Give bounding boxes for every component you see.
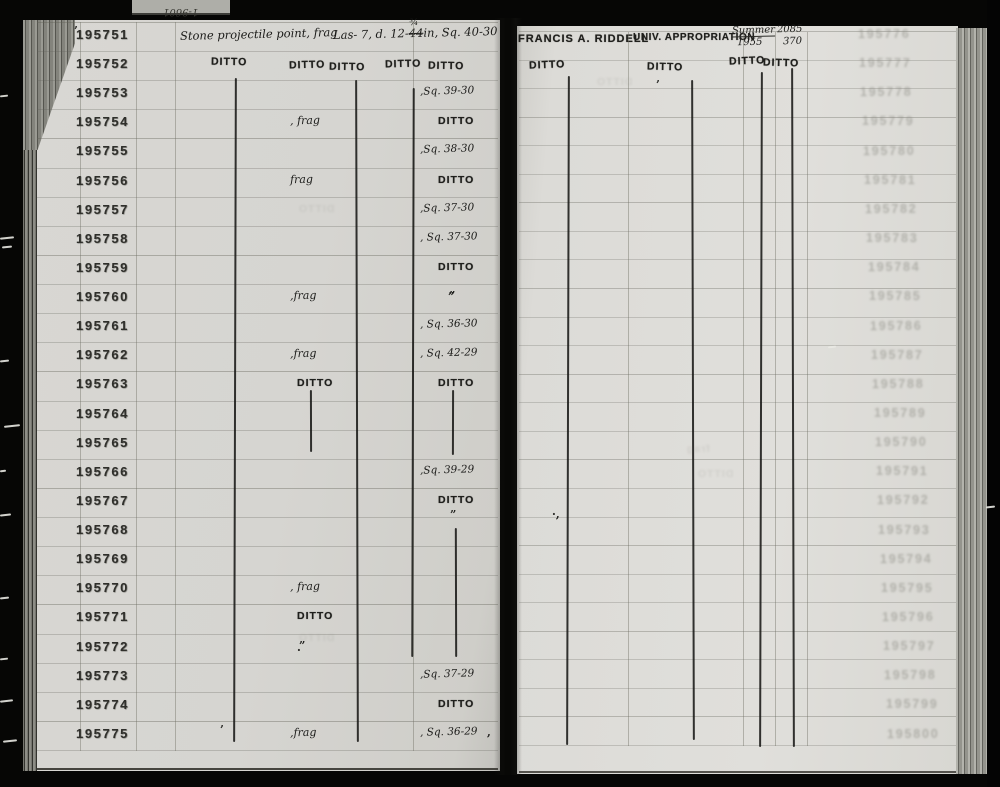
ditto-stamp: DITTO (438, 115, 474, 127)
ledger-left-page (35, 20, 500, 771)
square-entry: ,Sq. 37-29 (420, 667, 474, 680)
accession-entry-line2: 370 (783, 36, 802, 47)
bleedthrough-number: 195800 (887, 726, 940, 740)
ruled-line-right (519, 688, 956, 689)
ditto-stamp: DITTO (297, 610, 333, 622)
ruled-line-right (519, 345, 956, 346)
bleedthrough-number: 195780 (863, 143, 916, 157)
bleedthrough-number: 195779 (862, 114, 915, 128)
page-edge-highlight (3, 739, 17, 742)
ruled-line-left (37, 721, 498, 722)
ghost-stamp: DITTO (298, 203, 334, 215)
bleedthrough-number: 195786 (870, 318, 923, 332)
ditto-stamp: DITTO (297, 377, 333, 389)
pen-mark: ·, (552, 508, 560, 521)
ditto-stamp: DITTO (438, 174, 474, 186)
ruled-line-left (37, 168, 498, 169)
page-edge-highlight (0, 236, 14, 239)
ditto-stamp: DITTO (529, 58, 566, 71)
ditto-stamp: DITTO (329, 61, 366, 74)
ruled-line-right (519, 659, 956, 660)
ruled-line-left (37, 313, 498, 314)
pen-mark: ’ (656, 78, 660, 91)
catalog-number: 195765 (76, 435, 129, 450)
page-edge-highlight (0, 470, 6, 473)
bleedthrough-number: 195793 (878, 522, 931, 536)
catalog-number: 195771 (76, 609, 129, 624)
book-gutter (494, 18, 522, 775)
column-rule-left (175, 22, 176, 751)
catalog-number: 195763 (76, 376, 129, 391)
date-entry-line2: 1955 (737, 37, 763, 49)
ruled-line-left (37, 342, 498, 343)
ruled-line-left (37, 546, 498, 547)
right-page-bottom-edge (519, 771, 956, 773)
bleedthrough-number: 195778 (860, 85, 913, 99)
catalog-number: 195764 (76, 406, 129, 421)
ruled-line-right (519, 374, 956, 375)
catalog-number: 195751 (76, 27, 129, 42)
ghost-stamp: DITTO (596, 76, 632, 88)
bleedthrough-number: 195799 (886, 697, 939, 711)
ghost-stamp: frag (686, 443, 710, 455)
collector-stamp: FRANCIS A. RIDDELL (518, 33, 649, 45)
pen-mark: · (297, 644, 301, 657)
ruled-line-left (37, 575, 498, 576)
accession-entry-line1: 2085 (777, 24, 803, 36)
square-entry: , Sq. 37-30 (420, 230, 478, 243)
ditto-stamp: DITTO (428, 60, 465, 73)
ditto-stamp: DITTO (438, 494, 474, 506)
bleedthrough-number: 195787 (871, 347, 924, 361)
frag-entry: ,frag (290, 347, 317, 361)
page-edge-highlight (4, 424, 20, 428)
page-edge-highlight (0, 658, 8, 661)
ditto-stamp: DITTO (289, 59, 326, 72)
right-page-stack-edge (956, 28, 988, 774)
square-entry: ,Sq. 39-30 (420, 85, 474, 98)
ruled-line-right (519, 716, 956, 717)
ruled-line-right (519, 745, 956, 746)
bleedthrough-number: 195784 (868, 260, 921, 274)
ruled-line-right (519, 602, 956, 603)
square-entry: , Sq. 42-29 (420, 347, 478, 360)
ditto-stamp: DITTO (729, 54, 766, 67)
catalog-number: 195754 (76, 114, 129, 129)
catalog-number: 195759 (76, 260, 129, 275)
ditto-stamp: DITTO (211, 56, 248, 69)
frag-entry: ,frag (290, 289, 317, 303)
pen-mark: ” (450, 508, 456, 521)
page-edge-highlight (0, 597, 9, 600)
bleedthrough-number: 195792 (877, 493, 930, 507)
hand-ditto-line (310, 390, 312, 452)
spine-tab-label: 1-9601 (163, 5, 198, 17)
column-rule-right (743, 32, 744, 746)
hand-ditto-line (455, 528, 457, 657)
ditto-stamp: DITTO (385, 58, 422, 71)
ruled-line-right (519, 517, 956, 518)
ruled-line-left (37, 255, 498, 256)
ruled-line-left (37, 22, 498, 23)
spine-tab: 1-9601 (132, 0, 230, 15)
page-edge-highlight (0, 699, 13, 702)
bleedthrough-number: 195791 (876, 464, 929, 478)
ruled-line-right (519, 631, 956, 632)
frag-entry: , frag (290, 114, 320, 128)
ditto-stamp: DITTO (438, 261, 474, 273)
ledger-right-page (517, 26, 958, 774)
bleedthrough-number: 195796 (882, 610, 935, 624)
ditto-stamp: DITTO (763, 57, 800, 70)
bleedthrough-number: 195785 (869, 289, 922, 303)
ruled-line-left (37, 430, 498, 431)
ruled-line-left (37, 750, 498, 751)
ruled-line-left (37, 692, 498, 693)
bleedthrough-number: 195781 (864, 173, 917, 187)
page-edge-highlight (2, 245, 12, 248)
ruled-line-right (519, 459, 956, 460)
catalog-number: 195761 (76, 318, 129, 333)
pen-mark: , (487, 726, 491, 739)
right-black-margin (987, 0, 1000, 787)
ruled-line-left (37, 517, 498, 518)
ruled-line-right (519, 545, 956, 546)
bleedthrough-number: 195783 (866, 231, 919, 245)
catalog-number: 195775 (76, 726, 129, 741)
ruled-line-left (37, 226, 498, 227)
square-entry: ,Sq. 38-30 (420, 143, 474, 156)
catalog-number: 195762 (76, 347, 129, 362)
page-edge-highlight (0, 95, 8, 98)
catalog-number: 195756 (76, 173, 129, 188)
page-edge-highlight (0, 360, 9, 363)
ruled-line-left (37, 634, 498, 635)
catalog-number: 195774 (76, 697, 129, 712)
pen-mark: ’ (220, 723, 224, 736)
bleedthrough-number: 195795 (881, 581, 934, 595)
ruled-line-left (37, 284, 498, 285)
ruled-line-right (519, 488, 956, 489)
catalog-number: 195766 (76, 464, 129, 479)
ledger-photo: Stone projectile point, frag Las- 7, d. … (0, 0, 1000, 787)
ruled-line-left (37, 371, 498, 372)
frag-entry: , frag (290, 580, 320, 594)
bleedthrough-number: 195798 (884, 668, 937, 682)
catalog-number: 195772 (76, 639, 129, 654)
ruled-line-left (37, 109, 498, 110)
catalog-number: 195770 (76, 580, 129, 595)
column-rule-right (628, 32, 629, 746)
catalog-number: 195753 (76, 85, 129, 100)
catalog-number: 195769 (76, 551, 129, 566)
ruled-line-left (37, 663, 498, 664)
ghost-stamp: DITTO (697, 468, 733, 480)
catalog-number: 195757 (76, 202, 129, 217)
ruled-line-left (37, 138, 498, 139)
ruled-line-right (519, 574, 956, 575)
ruled-line-left (37, 197, 498, 198)
pen-mark: ’ (74, 24, 78, 37)
column-rule-right (807, 32, 808, 746)
ghost-stamp: DITTO (298, 632, 334, 644)
ditto-stamp: DITTO (647, 61, 684, 74)
square-entry: ,Sq. 39-29 (420, 463, 474, 476)
ruled-line-left (37, 604, 498, 605)
square-entry: , Sq. 36-29 (420, 725, 478, 738)
catalog-number: 195767 (76, 493, 129, 508)
catalog-number: 195760 (76, 289, 129, 304)
page-edge-highlight (0, 513, 11, 516)
ruled-line-left (37, 51, 498, 52)
ruled-line-left (37, 459, 498, 460)
square-entry: , Sq. 36-30 (420, 317, 478, 330)
ditto-stamp: DITTO (438, 698, 474, 710)
bleedthrough-number: 195790 (875, 435, 928, 449)
ditto-stamp: DITTO (438, 377, 474, 389)
ruled-line-right (519, 431, 956, 432)
column-rule-left (136, 22, 137, 751)
bleedthrough-number: 195782 (865, 202, 918, 216)
catalog-number: 195768 (76, 522, 129, 537)
square-entry: ,Sq. 37-30 (420, 201, 474, 214)
catalog-number: 195773 (76, 668, 129, 683)
bleedthrough-number: 195797 (883, 639, 936, 653)
bleedthrough-number: 195776 (858, 27, 911, 41)
ruled-line-left (37, 488, 498, 489)
bleedthrough-number: 195777 (859, 56, 912, 70)
left-page-bottom-edge (37, 768, 498, 770)
bleedthrough-number: 195794 (880, 552, 933, 566)
column-rule-right (775, 32, 776, 746)
catalog-number: 195758 (76, 231, 129, 246)
hand-ditto-line (452, 390, 454, 455)
frag-entry: ,frag (290, 726, 317, 740)
catalog-number: 195752 (76, 56, 129, 71)
bleedthrough-number: 195788 (872, 377, 925, 391)
bleedthrough-number: 195789 (874, 406, 927, 420)
ruled-line-left (37, 401, 498, 402)
pen-mark: ” (448, 290, 454, 303)
ruled-line-right (519, 317, 956, 318)
catalog-number: 195755 (76, 143, 129, 158)
ruled-line-left (37, 80, 498, 81)
ruled-line-right (519, 402, 956, 403)
frag-entry: frag (290, 172, 313, 186)
